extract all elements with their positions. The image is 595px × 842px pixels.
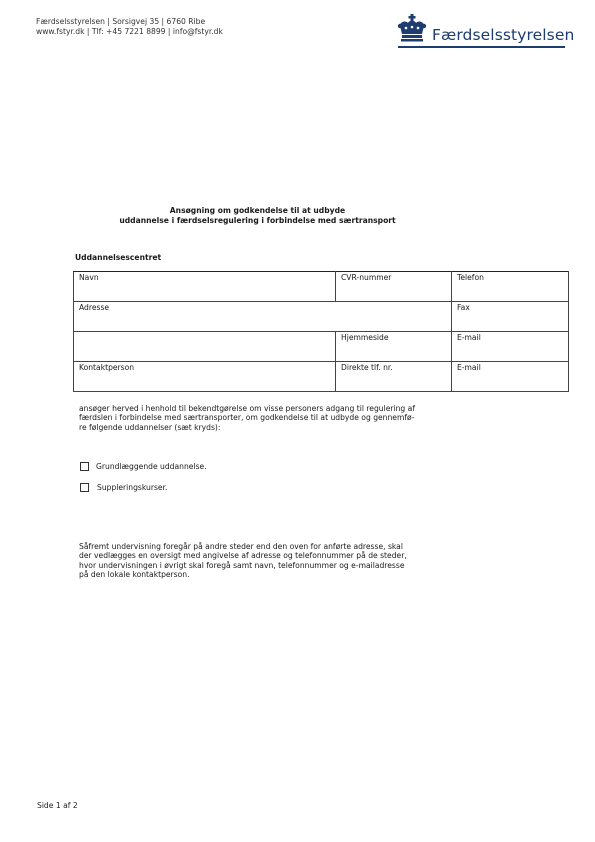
document-title-line-2: uddannelse i færdselsregulering i forbin…	[0, 216, 555, 226]
table-row: Kontaktperson Direkte tlf. nr. E-mail	[74, 362, 569, 392]
header-address-line: Færdselsstyrelsen | Sorsigvej 35 | 6760 …	[36, 17, 205, 27]
applicant-info-table: Navn CVR-nummer Telefon Adresse Fax Hjem…	[73, 271, 569, 392]
text-line: færdslen i forbindelse med særtransporte…	[79, 413, 415, 422]
logo-underline	[398, 46, 565, 48]
option-label: Grundlæggende uddannelse.	[96, 462, 207, 471]
table-row: Navn CVR-nummer Telefon	[74, 272, 569, 302]
field-adresse-continued[interactable]	[74, 332, 336, 362]
document-title-line-1: Ansøgning om godkendelse til at udbyde	[0, 206, 555, 216]
header-contact-line: www.fstyr.dk | Tlf: +45 7221 8899 | info…	[36, 27, 223, 37]
field-kontakt-email[interactable]: E-mail	[452, 362, 569, 392]
section-label: Uddannelsescentret	[75, 253, 161, 262]
table-row: Adresse Fax	[74, 302, 569, 332]
text-line: på den lokale kontaktperson.	[79, 570, 407, 579]
logo-text: Færdselsstyrelsen	[432, 26, 574, 44]
option-label: Suppleringskurser.	[97, 483, 167, 492]
table-row: Hjemmeside E-mail	[74, 332, 569, 362]
checkbox[interactable]	[80, 462, 89, 471]
intro-paragraph: ansøger herved i henhold til bekendtgøre…	[79, 404, 415, 432]
page-number: Side 1 af 2	[37, 801, 78, 810]
crown-icon	[396, 14, 428, 44]
text-line: hvor undervisningen i øvrigt skal foregå…	[79, 561, 407, 570]
field-navn[interactable]: Navn	[74, 272, 336, 302]
field-adresse[interactable]: Adresse	[74, 302, 452, 332]
field-email[interactable]: E-mail	[452, 332, 569, 362]
text-line: Såfremt undervisning foregår på andre st…	[79, 542, 407, 551]
field-telefon[interactable]: Telefon	[452, 272, 569, 302]
field-hjemmeside[interactable]: Hjemmeside	[336, 332, 452, 362]
text-line: ansøger herved i henhold til bekendtgøre…	[79, 404, 415, 413]
option-suppleringskurser[interactable]: Suppleringskurser.	[80, 483, 167, 492]
option-grundlaeggende[interactable]: Grundlæggende uddannelse.	[80, 462, 207, 471]
note-paragraph: Såfremt undervisning foregår på andre st…	[79, 542, 407, 580]
checkbox[interactable]	[80, 483, 89, 492]
field-fax[interactable]: Fax	[452, 302, 569, 332]
text-line: der vedlægges en oversigt med angivelse …	[79, 551, 407, 560]
text-line: re følgende uddannelser (sæt kryds):	[79, 423, 415, 432]
field-cvr-nummer[interactable]: CVR-nummer	[336, 272, 452, 302]
field-direkte-tlf[interactable]: Direkte tlf. nr.	[336, 362, 452, 392]
field-kontaktperson[interactable]: Kontaktperson	[74, 362, 336, 392]
agency-logo: Færdselsstyrelsen	[396, 14, 571, 50]
